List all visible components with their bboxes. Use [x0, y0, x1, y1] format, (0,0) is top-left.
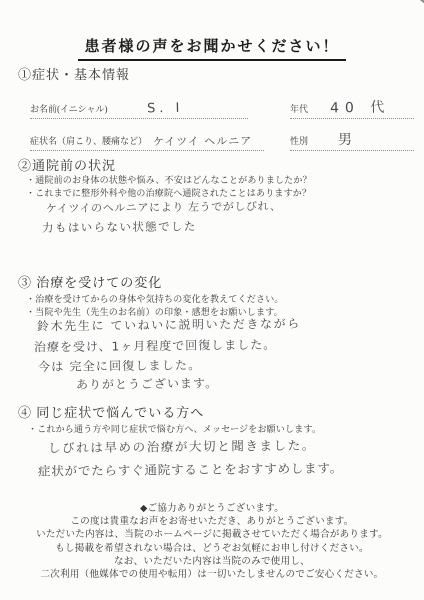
section-3-answer-line-2: 治療を受け、1ヶ月程度で回復しました。 [34, 336, 276, 356]
title-row: 患者様の声をお聞かせください！ [0, 35, 424, 61]
footer-line-5: なお、いただいた内容は当院のみで使用し、 [0, 556, 424, 569]
age-field: 年代 40 代 [290, 92, 414, 119]
section-3-answer-line-4: ありがとうございます。 [76, 374, 218, 392]
footer-line-6: 二次利用（他媒体での使用や転用）は一切いたしませんのでご安心ください。 [0, 569, 424, 582]
age-value: 40 代 [330, 100, 391, 115]
section-2-answer-line-1: ケイツイのヘルニアにより 左うでがしびれ、 [46, 198, 282, 216]
gender-label: 性別 [290, 134, 308, 147]
name-value: S. I [147, 102, 184, 116]
footer-line-3: いただいた内容は、当院のホームページに掲載させていただく場合があります。 [0, 529, 424, 542]
footer-note: ◆ご協力ありがとうございます。 この度は貴重なお声をお寄せいただき、ありがとうご… [0, 503, 424, 582]
page-title: 患者様の声をお聞かせください！ [78, 35, 345, 61]
symptom-label: 症状名（肩こり、腰痛など） [30, 134, 147, 147]
section-3-heading: ③ 治療を受けての変化 [18, 272, 162, 291]
age-label: 年代 [290, 102, 308, 115]
scan-artifact [413, 0, 424, 3]
section-3-answer-line-1: 鈴木先生に ていねいに説明いただきながら [37, 315, 301, 335]
section-2-heading: ②通院前の状況 [18, 155, 116, 174]
section-4-heading: ④ 同じ症状で悩んでいる方へ [18, 402, 204, 421]
section-2-question-1: ・通院前のお身体の状態や悩み、不安はどんなことがありましたか？ [26, 173, 312, 186]
footer-line-4: もし掲載を希望されない場合は、どうぞお気軽にお申し付けください。 [0, 543, 424, 556]
section-4-question-1: ・これから通う方や同じ症状で悩む方へ、メッセージをお願いします。 [28, 422, 321, 435]
name-field: お名前(イニシャル) S. I [30, 92, 248, 119]
section-3-question-1: ・治療を受けてからの身体や気持ちの変化を教えてください。 [26, 292, 284, 305]
scanned-questionnaire: 患者様の声をお聞かせください！ ①症状・基本情報 お名前(イニシャル) S. I… [0, 0, 424, 600]
symptom-field: 症状名（肩こり、腰痛など） ケイツイ ヘルニア [30, 124, 264, 151]
section-4-answer-line-1: しびれは早めの治療が大切と聞きました。 [48, 436, 316, 457]
section-1-heading: ①症状・基本情報 [18, 64, 130, 83]
symptom-value: ケイツイ ヘルニア [153, 136, 252, 148]
name-label: お名前(イニシャル) [30, 102, 107, 115]
footer-line-1: ◆ご協力ありがとうございます。 [0, 503, 424, 516]
section-2-answer-line-2: 力もはいらない状態でした [42, 218, 197, 236]
gender-value: 男 [338, 133, 352, 147]
section-4-answer-line-2: 症状がでたらすぐ通院することをおすすめします。 [38, 458, 343, 479]
section-3-answer-line-3: 今は 完全に回復しました。 [38, 356, 202, 375]
footer-line-2: この度は貴重なお声をお寄せいただき、ありがとうございます。 [0, 516, 424, 529]
gender-field: 性別 男 [290, 124, 414, 151]
